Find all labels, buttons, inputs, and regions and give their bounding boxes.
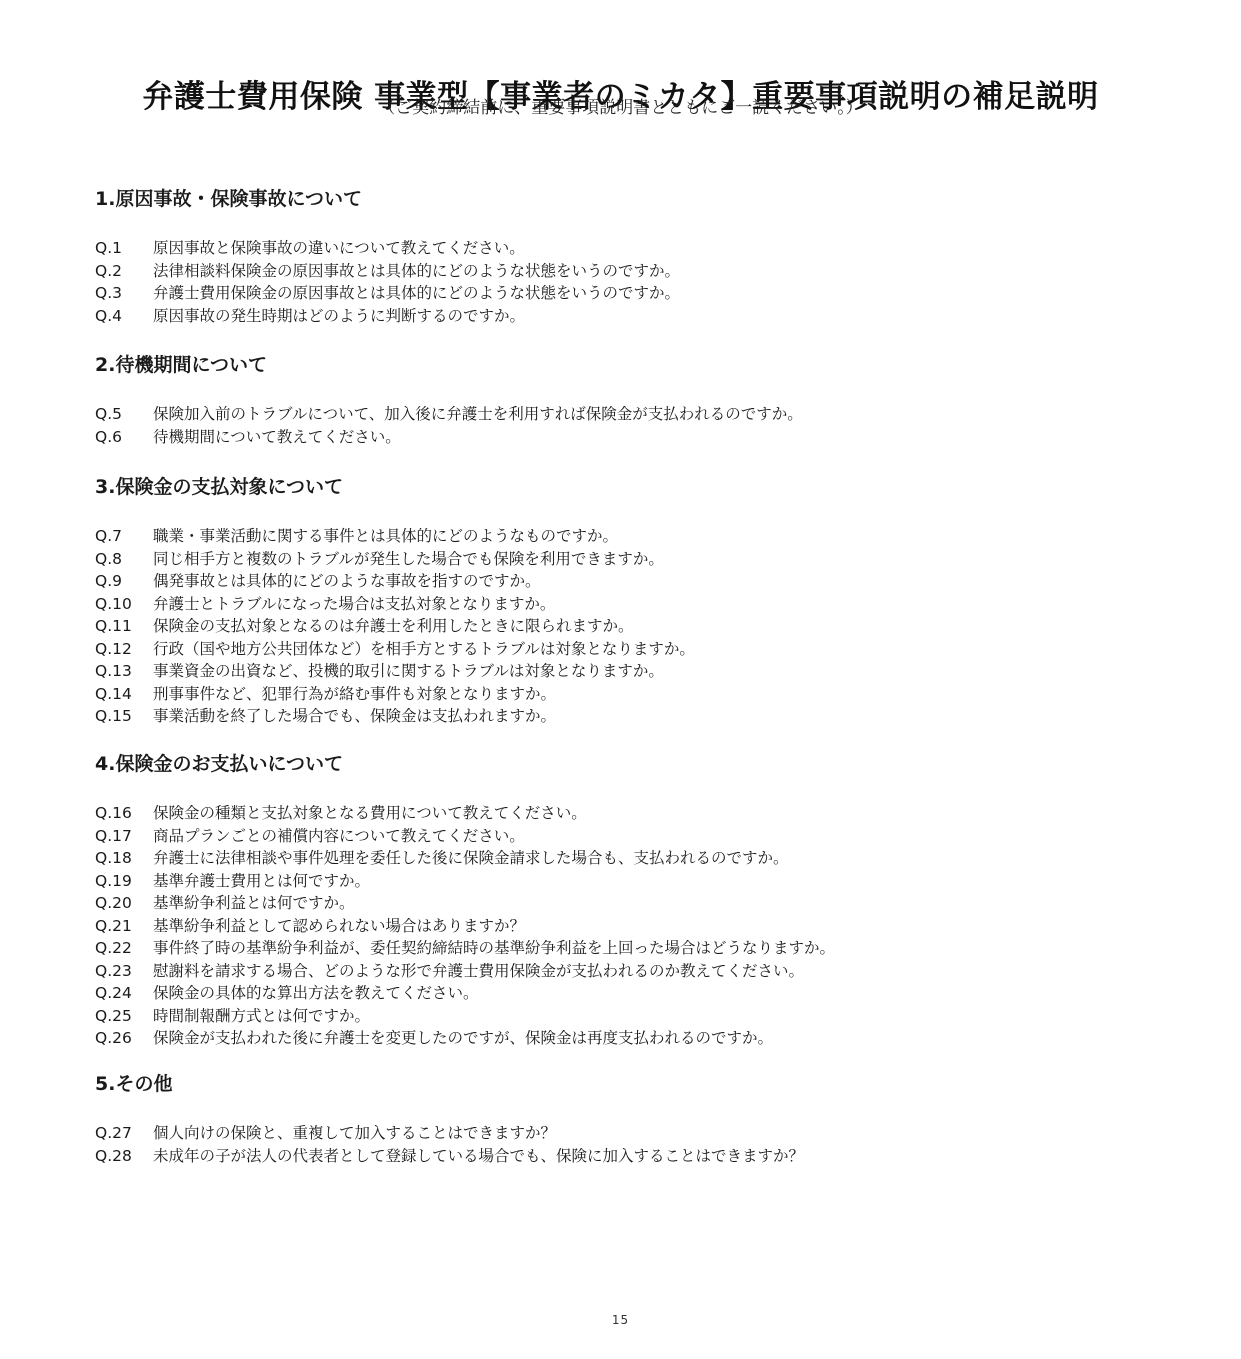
section-payment: 4.保険金のお支払いについて Q.16保険金の種類と支払対象となる費用について教… xyxy=(95,750,1155,1050)
question-item[interactable]: Q.14刑事事件など、犯罪行為が絡む事件も対象となりますか。 xyxy=(95,683,1155,706)
question-item[interactable]: Q.2法律相談料保険金の原因事故とは具体的にどのような状態をいうのですか。 xyxy=(95,260,1155,283)
question-number: Q.21 xyxy=(95,915,153,938)
question-item[interactable]: Q.11保険金の支払対象となるのは弁護士を利用したときに限られますか。 xyxy=(95,615,1155,638)
question-number: Q.13 xyxy=(95,660,153,683)
question-text: 待機期間について教えてください。 xyxy=(153,426,401,449)
question-number: Q.6 xyxy=(95,426,153,449)
question-list: Q.1原因事故と保険事故の違いについて教えてください。 Q.2法律相談料保険金の… xyxy=(95,237,1155,327)
question-item[interactable]: Q.28未成年の子が法人の代表者として登録している場合でも、保険に加入することは… xyxy=(95,1145,1155,1168)
question-text: 弁護士とトラブルになった場合は支払対象となりますか。 xyxy=(153,593,555,616)
question-item[interactable]: Q.17商品プランごとの補償内容について教えてください。 xyxy=(95,825,1155,848)
question-number: Q.9 xyxy=(95,570,153,593)
section-other: 5.その他 Q.27個人向けの保険と、重複して加入することはできますか？ Q.2… xyxy=(95,1070,1155,1167)
question-text: 基準紛争利益とは何ですか。 xyxy=(153,892,355,915)
question-text: 保険金の具体的な算出方法を教えてください。 xyxy=(153,982,479,1005)
question-number: Q.11 xyxy=(95,615,153,638)
question-text: 商品プランごとの補償内容について教えてください。 xyxy=(153,825,525,848)
question-number: Q.23 xyxy=(95,960,153,983)
question-text: 時間制報酬方式とは何ですか。 xyxy=(153,1005,370,1028)
question-item[interactable]: Q.24保険金の具体的な算出方法を教えてください。 xyxy=(95,982,1155,1005)
question-text: 原因事故の発生時期はどのように判断するのですか。 xyxy=(153,305,525,328)
question-list: Q.5保険加入前のトラブルについて、加入後に弁護士を利用すれば保険金が支払われる… xyxy=(95,403,1155,448)
page-number: 15 xyxy=(0,1313,1241,1327)
question-number: Q.16 xyxy=(95,802,153,825)
question-text: 保険金が支払われた後に弁護士を変更したのですが、保険金は再度支払われるのですか。 xyxy=(153,1027,773,1050)
question-text: 保険金の支払対象となるのは弁護士を利用したときに限られますか。 xyxy=(153,615,634,638)
question-list: Q.16保険金の種類と支払対象となる費用について教えてください。 Q.17商品プ… xyxy=(95,802,1155,1050)
question-item[interactable]: Q.27個人向けの保険と、重複して加入することはできますか？ xyxy=(95,1122,1155,1145)
question-text: 法律相談料保険金の原因事故とは具体的にどのような状態をいうのですか。 xyxy=(153,260,680,283)
question-number: Q.10 xyxy=(95,593,153,616)
question-item[interactable]: Q.7職業・事業活動に関する事件とは具体的にどのようなものですか。 xyxy=(95,525,1155,548)
section-payment-coverage: 3.保険金の支払対象について Q.7職業・事業活動に関する事件とは具体的にどのよ… xyxy=(95,473,1155,728)
question-number: Q.28 xyxy=(95,1145,153,1168)
question-text: 弁護士費用保険金の原因事故とは具体的にどのような状態をいうのですか。 xyxy=(153,282,680,305)
section-cause-accident: 1.原因事故・保険事故について Q.1原因事故と保険事故の違いについて教えてくだ… xyxy=(95,185,1155,327)
question-text: 事件終了時の基準紛争利益が、委任契約締結時の基準紛争利益を上回った場合はどうなり… xyxy=(153,937,835,960)
question-number: Q.18 xyxy=(95,847,153,870)
section-heading: 3.保険金の支払対象について xyxy=(95,473,1155,501)
question-item[interactable]: Q.10弁護士とトラブルになった場合は支払対象となりますか。 xyxy=(95,593,1155,616)
question-number: Q.15 xyxy=(95,705,153,728)
question-text: 行政（国や地方公共団体など）を相手方とするトラブルは対象となりますか。 xyxy=(153,638,695,661)
question-item[interactable]: Q.22事件終了時の基準紛争利益が、委任契約締結時の基準紛争利益を上回った場合は… xyxy=(95,937,1155,960)
question-item[interactable]: Q.4原因事故の発生時期はどのように判断するのですか。 xyxy=(95,305,1155,328)
question-number: Q.8 xyxy=(95,548,153,571)
question-number: Q.25 xyxy=(95,1005,153,1028)
question-item[interactable]: Q.6待機期間について教えてください。 xyxy=(95,426,1155,449)
question-number: Q.26 xyxy=(95,1027,153,1050)
section-waiting-period: 2.待機期間について Q.5保険加入前のトラブルについて、加入後に弁護士を利用す… xyxy=(95,351,1155,448)
question-item[interactable]: Q.16保険金の種類と支払対象となる費用について教えてください。 xyxy=(95,802,1155,825)
question-text: 事業資金の出資など、投機的取引に関するトラブルは対象となりますか。 xyxy=(153,660,664,683)
question-text: 職業・事業活動に関する事件とは具体的にどのようなものですか。 xyxy=(153,525,618,548)
question-text: 未成年の子が法人の代表者として登録している場合でも、保険に加入することはできます… xyxy=(153,1145,804,1168)
question-number: Q.1 xyxy=(95,237,153,260)
question-item[interactable]: Q.3弁護士費用保険金の原因事故とは具体的にどのような状態をいうのですか。 xyxy=(95,282,1155,305)
question-list: Q.7職業・事業活動に関する事件とは具体的にどのようなものですか。 Q.8同じ相… xyxy=(95,525,1155,728)
question-item[interactable]: Q.25時間制報酬方式とは何ですか。 xyxy=(95,1005,1155,1028)
question-list: Q.27個人向けの保険と、重複して加入することはできますか？ Q.28未成年の子… xyxy=(95,1122,1155,1167)
question-text: 基準弁護士費用とは何ですか。 xyxy=(153,870,370,893)
question-item[interactable]: Q.26保険金が支払われた後に弁護士を変更したのですが、保険金は再度支払われるの… xyxy=(95,1027,1155,1050)
question-number: Q.14 xyxy=(95,683,153,706)
question-item[interactable]: Q.13事業資金の出資など、投機的取引に関するトラブルは対象となりますか。 xyxy=(95,660,1155,683)
section-heading: 1.原因事故・保険事故について xyxy=(95,185,1155,213)
question-text: 弁護士に法律相談や事件処理を委任した後に保険金請求した場合も、支払われるのですか… xyxy=(153,847,789,870)
question-item[interactable]: Q.9偶発事故とは具体的にどのような事故を指すのですか。 xyxy=(95,570,1155,593)
question-text: 個人向けの保険と、重複して加入することはできますか？ xyxy=(153,1122,556,1145)
question-number: Q.27 xyxy=(95,1122,153,1145)
question-text: 保険金の種類と支払対象となる費用について教えてください。 xyxy=(153,802,587,825)
question-item[interactable]: Q.12行政（国や地方公共団体など）を相手方とするトラブルは対象となりますか。 xyxy=(95,638,1155,661)
question-item[interactable]: Q.5保険加入前のトラブルについて、加入後に弁護士を利用すれば保険金が支払われる… xyxy=(95,403,1155,426)
question-number: Q.17 xyxy=(95,825,153,848)
document-subtitle: （ご契約締結前に、重要事項説明書とともにご一読ください。） xyxy=(0,96,1241,120)
question-text: 慰謝料を請求する場合、どのような形で弁護士費用保険金が支払われるのか教えてくださ… xyxy=(153,960,804,983)
question-number: Q.24 xyxy=(95,982,153,1005)
question-number: Q.3 xyxy=(95,282,153,305)
question-text: 偶発事故とは具体的にどのような事故を指すのですか。 xyxy=(153,570,541,593)
question-item[interactable]: Q.20基準紛争利益とは何ですか。 xyxy=(95,892,1155,915)
question-number: Q.5 xyxy=(95,403,153,426)
question-number: Q.19 xyxy=(95,870,153,893)
question-item[interactable]: Q.19基準弁護士費用とは何ですか。 xyxy=(95,870,1155,893)
question-item[interactable]: Q.15事業活動を終了した場合でも、保険金は支払われますか。 xyxy=(95,705,1155,728)
section-heading: 4.保険金のお支払いについて xyxy=(95,750,1155,778)
question-item[interactable]: Q.1原因事故と保険事故の違いについて教えてください。 xyxy=(95,237,1155,260)
question-number: Q.4 xyxy=(95,305,153,328)
question-text: 保険加入前のトラブルについて、加入後に弁護士を利用すれば保険金が支払われるのです… xyxy=(153,403,803,426)
question-text: 基準紛争利益として認められない場合はありますか？ xyxy=(153,915,525,938)
question-text: 刑事事件など、犯罪行為が絡む事件も対象となりますか。 xyxy=(153,683,556,706)
question-item[interactable]: Q.21基準紛争利益として認められない場合はありますか？ xyxy=(95,915,1155,938)
section-heading: 2.待機期間について xyxy=(95,351,1155,379)
question-number: Q.12 xyxy=(95,638,153,661)
question-number: Q.2 xyxy=(95,260,153,283)
question-number: Q.7 xyxy=(95,525,153,548)
question-text: 原因事故と保険事故の違いについて教えてください。 xyxy=(153,237,525,260)
question-text: 同じ相手方と複数のトラブルが発生した場合でも保険を利用できますか。 xyxy=(153,548,664,571)
question-number: Q.22 xyxy=(95,937,153,960)
question-item[interactable]: Q.8同じ相手方と複数のトラブルが発生した場合でも保険を利用できますか。 xyxy=(95,548,1155,571)
question-item[interactable]: Q.23慰謝料を請求する場合、どのような形で弁護士費用保険金が支払われるのか教え… xyxy=(95,960,1155,983)
question-text: 事業活動を終了した場合でも、保険金は支払われますか。 xyxy=(153,705,556,728)
question-number: Q.20 xyxy=(95,892,153,915)
question-item[interactable]: Q.18弁護士に法律相談や事件処理を委任した後に保険金請求した場合も、支払われる… xyxy=(95,847,1155,870)
section-heading: 5.その他 xyxy=(95,1070,1155,1098)
